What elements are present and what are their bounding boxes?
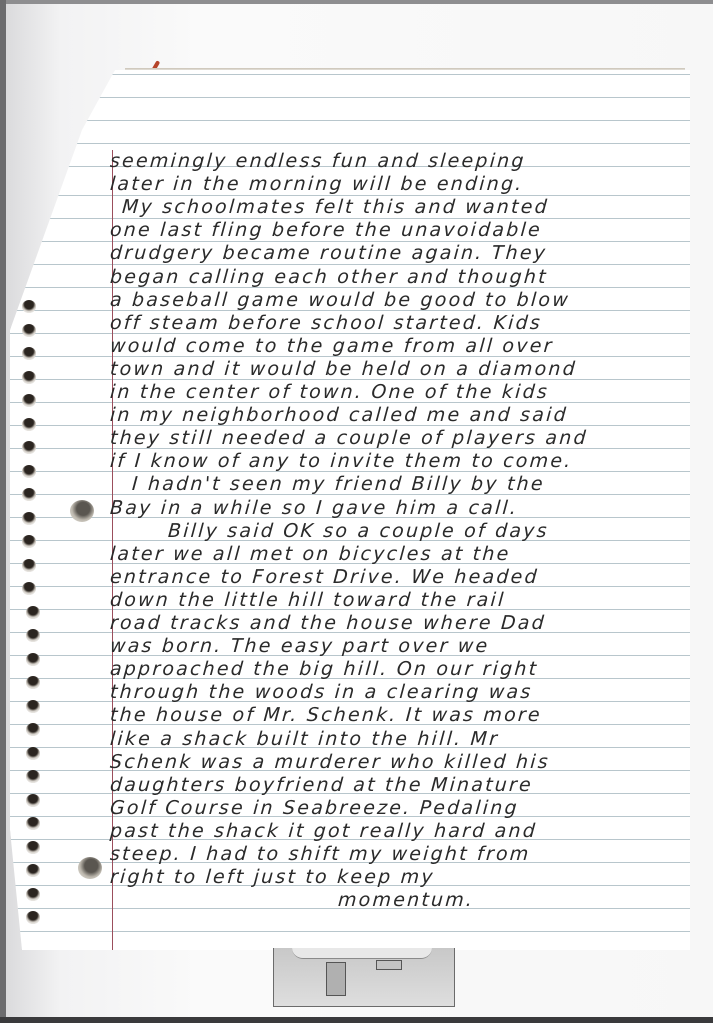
spiral-hole — [26, 676, 40, 689]
spiral-hole — [22, 441, 36, 454]
spiral-hole — [22, 300, 36, 313]
spiral-hole — [22, 488, 36, 501]
spiral-hole — [26, 700, 40, 713]
spiral-hole — [22, 582, 36, 595]
handwritten-line: began calling each other and thought — [109, 266, 548, 288]
handwritten-line: was born. The easy part over we — [109, 635, 490, 657]
spiral-hole — [26, 911, 40, 924]
handwritten-line: down the little hill toward the rail — [109, 589, 506, 611]
handwritten-line: momentum. — [337, 889, 475, 911]
handwritten-line: My schoolmates felt this and wanted — [121, 196, 549, 218]
slot-icon — [376, 960, 402, 970]
spiral-hole — [26, 794, 40, 807]
tray-bump — [292, 948, 432, 959]
handwritten-line: Billy said OK so a couple of days — [167, 520, 549, 542]
handwritten-line: like a shack built into the hill. Mr — [109, 728, 500, 750]
binder-hole-lower — [78, 857, 102, 879]
handwritten-line: would come to the game from all over — [109, 335, 554, 357]
spiral-hole — [22, 324, 36, 337]
scanner-tray — [273, 948, 455, 1007]
handwritten-line: if I know of any to invite them to come. — [109, 450, 573, 472]
handwritten-line: Bay in a while so I gave him a call. — [109, 497, 519, 519]
spiral-hole — [22, 559, 36, 572]
spiral-hole — [22, 394, 36, 407]
spiral-hole — [26, 723, 40, 736]
spiral-hole — [26, 606, 40, 619]
handwritten-line: approached the big hill. On our right — [109, 658, 539, 680]
handwritten-line: Golf Course in Seabreeze. Pedaling — [109, 797, 519, 819]
spiral-hole — [26, 817, 40, 830]
binder-hole-upper — [70, 500, 94, 522]
handwritten-line: later we all met on bicycles at the — [109, 543, 511, 565]
lock-icon — [326, 962, 346, 996]
handwritten-line: off steam before school started. Kids — [109, 312, 543, 334]
handwritten-line: steep. I had to shift my weight from — [109, 843, 531, 865]
spiral-hole — [26, 770, 40, 783]
handwritten-line: later in the morning will be ending. — [109, 173, 524, 195]
spiral-hole — [26, 841, 40, 854]
handwritten-line: entrance to Forest Drive. We headed — [109, 566, 539, 588]
spiral-hole — [26, 747, 40, 760]
handwritten-line: right to left just to keep my — [109, 866, 435, 888]
handwritten-line: in my neighborhood called me and said — [109, 404, 568, 426]
spiral-hole — [22, 347, 36, 360]
handwritten-line: past the shack it got really hard and — [109, 820, 538, 842]
spiral-hole — [26, 864, 40, 877]
handwritten-line: one last fling before the unavoidable — [109, 219, 542, 241]
spiral-hole — [26, 629, 40, 642]
spiral-hole — [22, 418, 36, 431]
handwritten-line: Schenk was a murderer who killed his — [109, 751, 550, 773]
handwritten-line: drudgery became routine again. They — [109, 242, 548, 264]
handwritten-line: in the center of town. One of the kids — [109, 381, 550, 403]
spiral-hole — [22, 371, 36, 384]
spiral-hole — [22, 465, 36, 478]
handwritten-line: through the woods in a clearing was — [109, 681, 533, 703]
scanner-edge-bottom — [0, 1017, 713, 1023]
scanner-edge-left — [0, 0, 6, 1023]
handwritten-line: a baseball game would be good to blow — [109, 289, 571, 311]
handwritten-line: daughters boyfriend at the Minature — [109, 774, 534, 796]
handwritten-line: they still needed a couple of players an… — [109, 427, 588, 449]
scanner-edge-top — [0, 0, 713, 4]
spiral-hole — [26, 888, 40, 901]
spiral-hole — [26, 653, 40, 666]
handwritten-line: the house of Mr. Schenk. It was more — [109, 704, 542, 726]
handwritten-line: I hadn't seen my friend Billy by the — [131, 473, 545, 495]
handwritten-line: town and it would be held on a diamond — [109, 358, 577, 380]
spiral-hole — [22, 535, 36, 548]
spiral-hole — [22, 512, 36, 525]
handwritten-line: road tracks and the house where Dad — [109, 612, 547, 634]
handwritten-line: seemingly endless fun and sleeping — [109, 150, 526, 172]
spiral-holes — [22, 300, 50, 950]
